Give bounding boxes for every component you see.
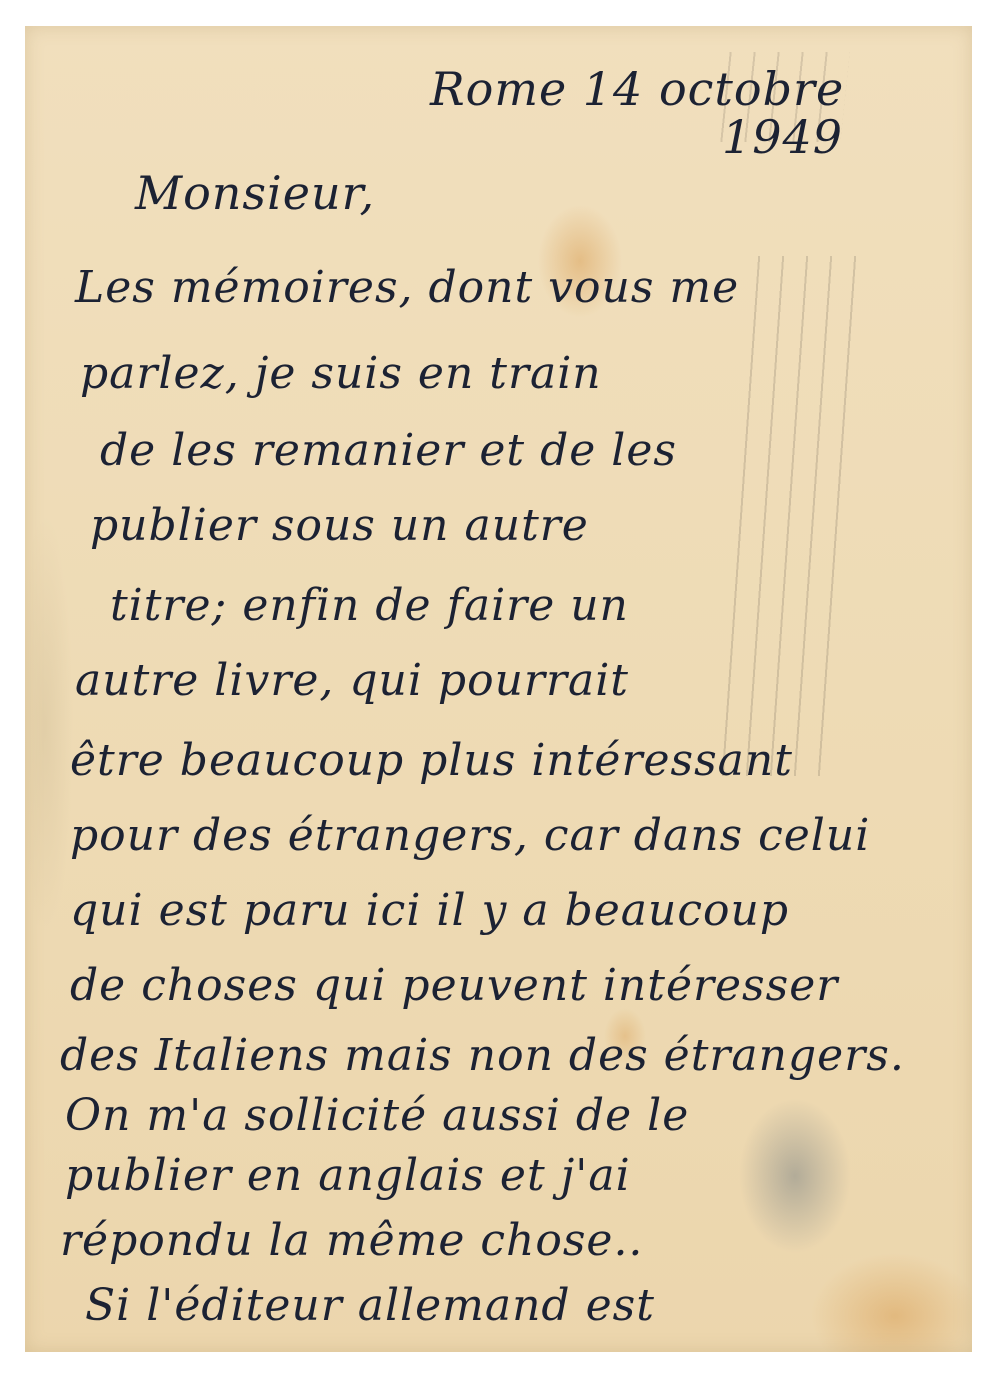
body-line: titre; enfin de faire un bbox=[110, 580, 629, 631]
year: 1949 bbox=[722, 110, 843, 164]
greeting: Monsieur, bbox=[135, 166, 375, 220]
body-line: On m'a sollicité aussi de le bbox=[65, 1090, 689, 1141]
body-line: de choses qui peuvent intéresser bbox=[70, 960, 838, 1011]
body-line: publier sous un autre bbox=[90, 500, 589, 551]
body-line: autre livre, qui pourrait bbox=[75, 655, 629, 706]
place-date: Rome 14 octobre bbox=[430, 62, 844, 116]
body-line: des Italiens mais non des étrangers. bbox=[60, 1030, 905, 1081]
postmark-cancellation-lines bbox=[712, 256, 858, 776]
body-line: qui est paru ici il y a beaucoup bbox=[70, 885, 789, 936]
body-line: répondu la même chose.. bbox=[60, 1215, 643, 1266]
body-line: être beaucoup plus intéressant bbox=[70, 735, 793, 786]
body-line: Les mémoires, dont vous me bbox=[75, 262, 739, 313]
body-line: publier en anglais et j'ai bbox=[65, 1150, 631, 1201]
body-line: pour des étrangers, car dans celui bbox=[70, 810, 870, 861]
body-line: Si l'éditeur allemand est bbox=[85, 1280, 655, 1331]
body-line: parlez, je suis en train bbox=[80, 348, 602, 399]
body-line: de les remanier et de les bbox=[100, 425, 677, 476]
